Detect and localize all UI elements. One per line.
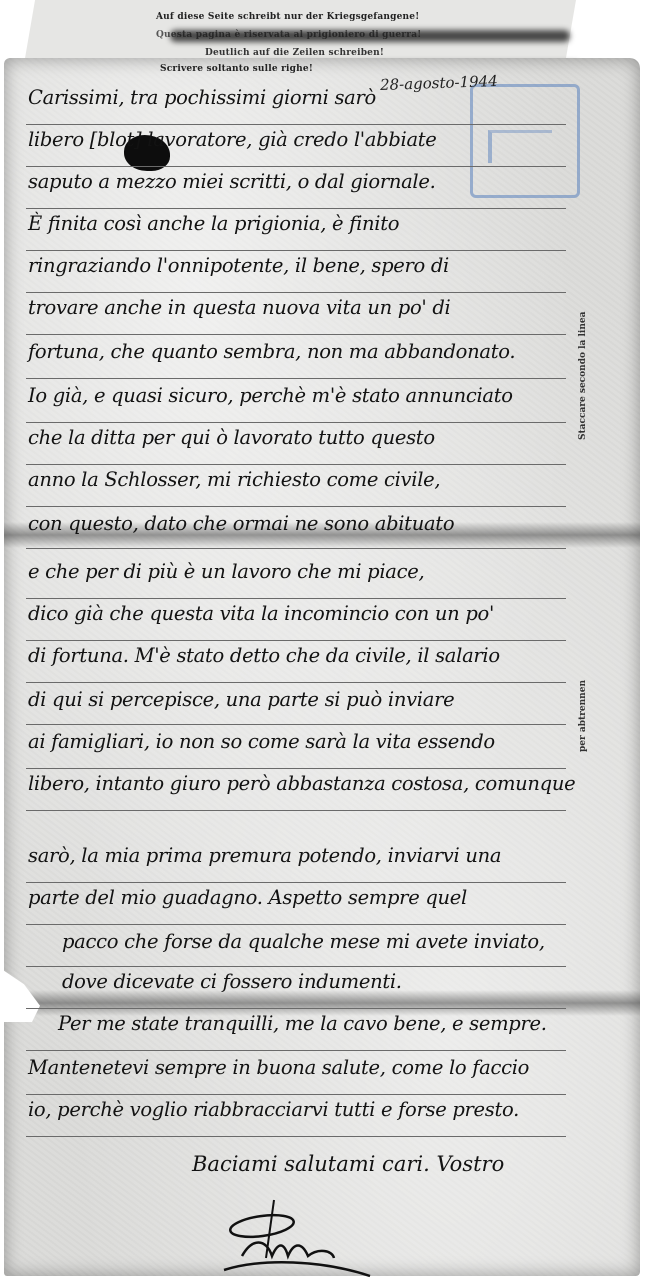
handwritten-line: e che per di più è un lavoro che mi piac…	[28, 560, 424, 583]
handwritten-line: sarò, la mia prima premura potendo, invi…	[28, 844, 501, 867]
header-smudge	[170, 30, 570, 42]
handwritten-line: saputo a mezzo miei scritti, o dal giorn…	[28, 170, 436, 193]
handwritten-line: trovare anche in questa nuova vita un po…	[28, 296, 450, 319]
ruled-line	[26, 882, 566, 883]
header-line-italian-2: Scrivere soltanto sulle righe!	[160, 64, 313, 74]
ruled-line	[26, 724, 566, 725]
handwritten-line: ai famigliari, io non so come sarà la vi…	[28, 730, 495, 753]
ruled-line	[26, 640, 566, 641]
handwritten-line: Per me state tranquilli, me la cavo bene…	[58, 1012, 547, 1035]
ruled-line	[26, 422, 566, 423]
handwritten-line: dico già che questa vita la incomincio c…	[28, 602, 494, 625]
ruled-line	[26, 1094, 566, 1095]
ruled-line	[26, 464, 566, 465]
ruled-line	[26, 334, 566, 335]
letter-closing: Baciami salutami cari. Vostro	[192, 1152, 504, 1176]
ruled-line	[26, 548, 566, 549]
handwritten-line: Carissimi, tra pochissimi giorni sarò	[28, 86, 376, 109]
handwritten-line: fortuna, che quanto sembra, non ma abban…	[28, 340, 515, 363]
header-line-german: Auf diese Seite schreibt nur der Kriegsg…	[156, 12, 419, 22]
ruled-line	[26, 378, 566, 379]
ruled-line	[26, 208, 566, 209]
ruled-line	[26, 124, 566, 125]
ruled-line	[26, 250, 566, 251]
handwritten-line: Io già, e quasi sicuro, perchè m'è stato…	[28, 384, 513, 407]
ruled-line	[26, 810, 566, 811]
handwritten-line: dove dicevate ci fossero indumenti.	[62, 970, 402, 993]
handwritten-line: pacco che forse da qualche mese mi avete…	[62, 930, 545, 953]
ruled-line	[26, 1050, 566, 1051]
handwritten-line: ringraziando l'onnipotente, il bene, spe…	[28, 254, 449, 277]
ruled-line	[26, 1008, 566, 1009]
side-print-lower: per abtrennen	[578, 680, 588, 752]
censor-stamp-mark	[488, 130, 552, 163]
handwritten-line: di fortuna. M'è stato detto che da civil…	[28, 644, 500, 667]
ruled-line	[26, 1136, 566, 1137]
handwritten-line: con questo, dato che ormai ne sono abitu…	[28, 512, 454, 535]
handwritten-line: io, perchè voglio riabbracciarvi tutti e…	[28, 1098, 519, 1121]
header-line-german-2: Deutlich auf die Zeilen schreiben!	[205, 48, 384, 58]
ruled-line	[26, 768, 566, 769]
side-print-upper: Staccare secondo la linea	[578, 312, 588, 440]
handwritten-line: libero [blot] lavoratore, già credo l'ab…	[28, 128, 437, 151]
handwritten-line: libero, intanto giuro però abbastanza co…	[28, 772, 575, 795]
ruled-line	[26, 506, 566, 507]
ruled-line	[26, 292, 566, 293]
ruled-line	[26, 682, 566, 683]
handwritten-line: anno la Schlosser, mi richiesto come civ…	[28, 468, 440, 491]
ruled-line	[26, 598, 566, 599]
ruled-line	[26, 924, 566, 925]
ruled-line	[26, 966, 566, 967]
handwritten-line: che la ditta per qui ò lavorato tutto qu…	[28, 426, 435, 449]
handwritten-line: parte del mio guadagno. Aspetto sempre q…	[28, 886, 467, 909]
handwritten-line: di qui si percepisce, una parte si può i…	[28, 688, 454, 711]
handwritten-line: È finita così anche la prigionia, è fini…	[28, 212, 399, 235]
handwritten-line: Mantenetevi sempre in buona salute, come…	[28, 1056, 529, 1079]
ruled-line	[26, 166, 566, 167]
signature	[222, 1198, 372, 1278]
